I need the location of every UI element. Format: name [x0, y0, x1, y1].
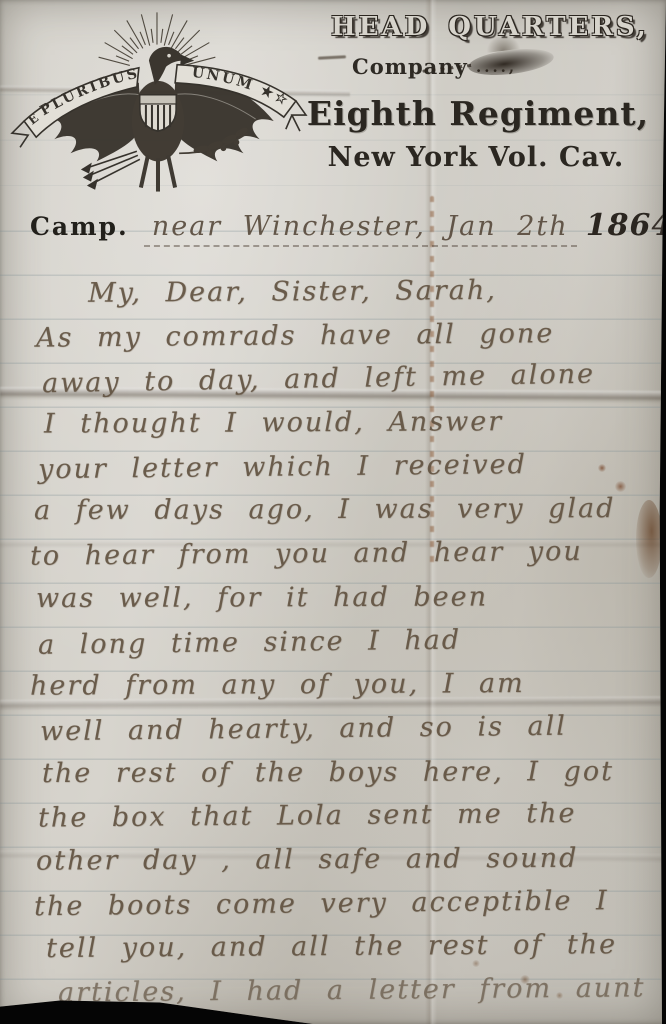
handwritten-line: the boots come very acceptible I [30, 878, 650, 928]
letter-body: My, Dear, Sister, Sarah, As my comrads h… [30, 270, 650, 1013]
handwritten-line: to hear from you and hear you [30, 529, 650, 578]
handwritten-line: well and hearty, and so is all [30, 704, 650, 754]
eagle-emblem: E PLURIBUS UNUM ★☆ [8, 2, 310, 214]
handwritten-line: your letter which I received [30, 442, 650, 492]
handwritten-line: the box that Lola sent me the [30, 792, 650, 841]
tail-feathers [141, 155, 175, 191]
handwritten-line: herd from any of you, I am [30, 662, 650, 709]
handwritten-line: articles, I had a letter from aunt [30, 966, 650, 1015]
handwritten-line: the rest of the boys here, I got [30, 749, 650, 795]
handwritten-line: a few days ago, I was very glad [30, 487, 650, 533]
letter-paper: E PLURIBUS UNUM ★☆ HEAD QUARTERS, Compan… [0, 0, 666, 1024]
year-printed: 1864. [586, 208, 666, 243]
handwritten-line: away to day, and left me alone [30, 352, 651, 407]
handwritten-line: My, Dear, Sister, Sarah, [30, 268, 650, 316]
handwritten-line: I thought I would, Answer [30, 399, 650, 446]
handwritten-line: was well, for it had been [30, 575, 650, 621]
photo-background: E PLURIBUS UNUM ★☆ HEAD QUARTERS, Compan… [0, 0, 666, 1024]
crease-mark [318, 55, 346, 59]
handwritten-line: tell you, and all the rest of the [30, 923, 650, 971]
dateline: Camp. near Winchester, Jan 2th 1864. [30, 208, 654, 243]
handwritten-line: a long time since I had [30, 616, 650, 667]
year-digit: 4. [651, 208, 666, 243]
handwritten-line: other day , all safe and sound [30, 836, 650, 883]
arrows [82, 151, 139, 188]
camp-label: Camp. [30, 212, 129, 241]
regiment-name: Eighth Regiment, [296, 94, 660, 133]
unit-name: New York Vol. Cav. [306, 142, 646, 173]
year-century: 186 [586, 208, 652, 243]
date-handwritten: near Winchester, Jan 2th [144, 211, 577, 247]
